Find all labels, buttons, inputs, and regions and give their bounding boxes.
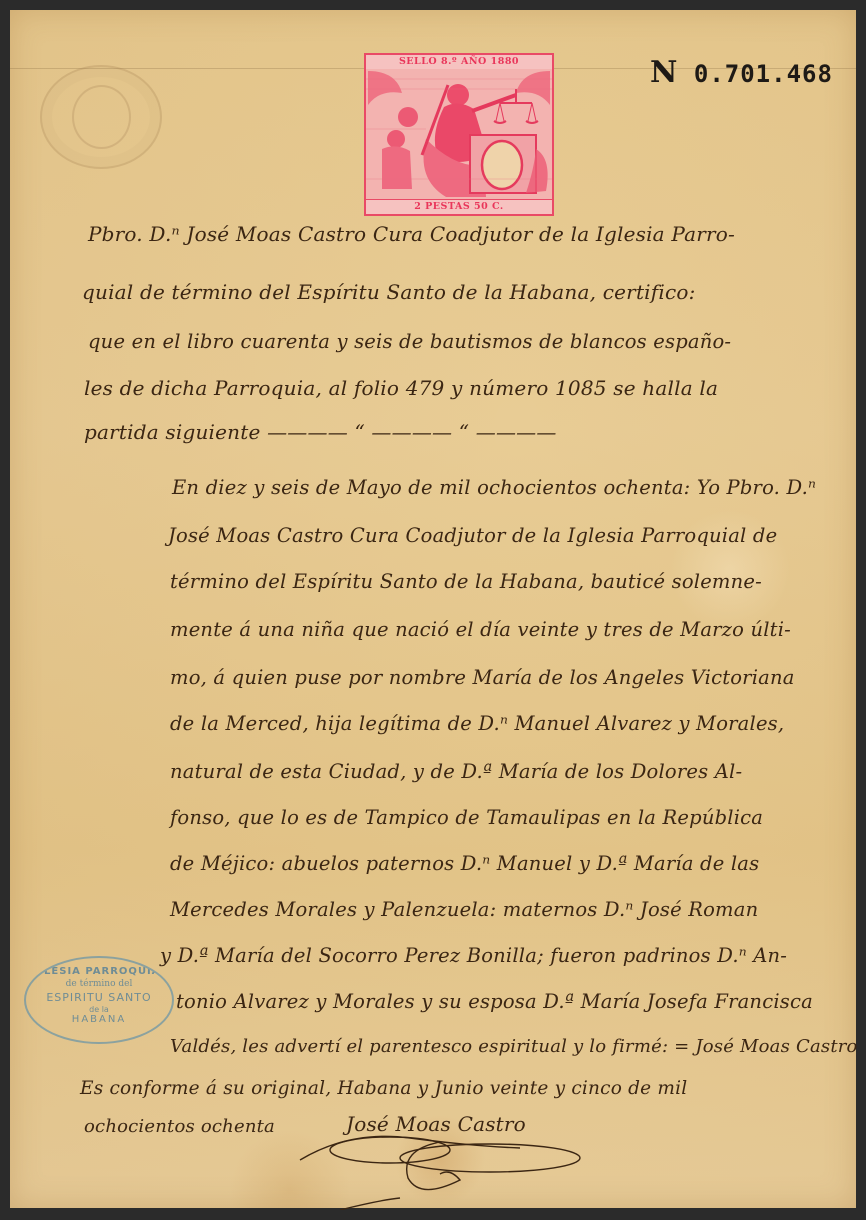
ink-stamp-line-1: IGLESIA PARROQUIAL	[26, 966, 172, 977]
justice-figure-icon	[366, 69, 552, 200]
entry-line-11: y D.ª María del Socorro Perez Bonilla; f…	[160, 944, 787, 967]
entry-line-1: En diez y seis de Mayo de mil ochociento…	[172, 476, 816, 499]
document-page: SELLO 8.º AÑO 1880	[10, 10, 856, 1208]
entry-line-4: mente á una niña que nació el día veinte…	[170, 618, 791, 641]
header-line-1: Pbro. D.ⁿ José Moas Castro Cura Coadjuto…	[88, 222, 735, 246]
ink-stamp-line-5: HABANA	[26, 1014, 172, 1025]
entry-line-3: término del Espíritu Santo de la Habana,…	[170, 570, 762, 593]
serial-number: N 0.701.468	[650, 55, 833, 90]
entry-line-2: José Moas Castro Cura Coadjutor de la Ig…	[168, 524, 777, 547]
entry-line-7: natural de esta Ciudad, y de D.ª María d…	[170, 760, 742, 783]
entry-line-9: de Méjico: abuelos paternos D.ⁿ Manuel y…	[170, 852, 759, 875]
header-line-4: les de dicha Parroquia, al folio 479 y n…	[84, 376, 718, 400]
ink-stamp-line-4: de la	[26, 1005, 172, 1014]
closing-line-2: ochocientos ochenta	[84, 1116, 275, 1137]
entry-line-10: Mercedes Morales y Palenzuela: maternos …	[170, 898, 758, 921]
ink-stamp-line-2: de término del	[26, 979, 172, 989]
entry-line-6: de la Merced, hija legítima de D.ⁿ Manue…	[170, 712, 784, 735]
entry-line-5: mo, á quien puse por nombre María de los…	[170, 666, 795, 689]
revenue-stamp: SELLO 8.º AÑO 1880	[364, 53, 554, 216]
stamp-top-text: SELLO 8.º AÑO 1880	[366, 55, 552, 70]
header-line-3: que en el libro cuarenta y seis de bauti…	[88, 330, 731, 353]
signature-flourish-icon	[290, 1120, 610, 1210]
ink-stamp-line-3: ESPIRITU SANTO	[26, 991, 172, 1004]
embossed-seal-center	[72, 85, 131, 149]
serial-prefix: N	[650, 55, 678, 90]
stamp-bottom-text: 2 PESTAS 50 C.	[366, 199, 552, 214]
closing-line-1: Es conforme á su original, Habana y Juni…	[80, 1078, 687, 1099]
serial-value: 0.701.468	[694, 60, 833, 88]
entry-line-12: tonio Alvarez y Morales y su esposa D.ª …	[176, 990, 813, 1013]
header-line-5: partida siguiente ———— “ ———— “ ————	[84, 420, 557, 444]
entry-line-8: fonso, que lo es de Tampico de Tamaulipa…	[170, 806, 763, 829]
embossed-seal	[40, 65, 162, 169]
header-line-2: quial de término del Espíritu Santo de l…	[82, 280, 696, 304]
parish-ink-stamp: IGLESIA PARROQUIAL de término del ESPIRI…	[24, 956, 174, 1044]
entry-line-13: Valdés, les advertí el parentesco espiri…	[170, 1036, 858, 1057]
